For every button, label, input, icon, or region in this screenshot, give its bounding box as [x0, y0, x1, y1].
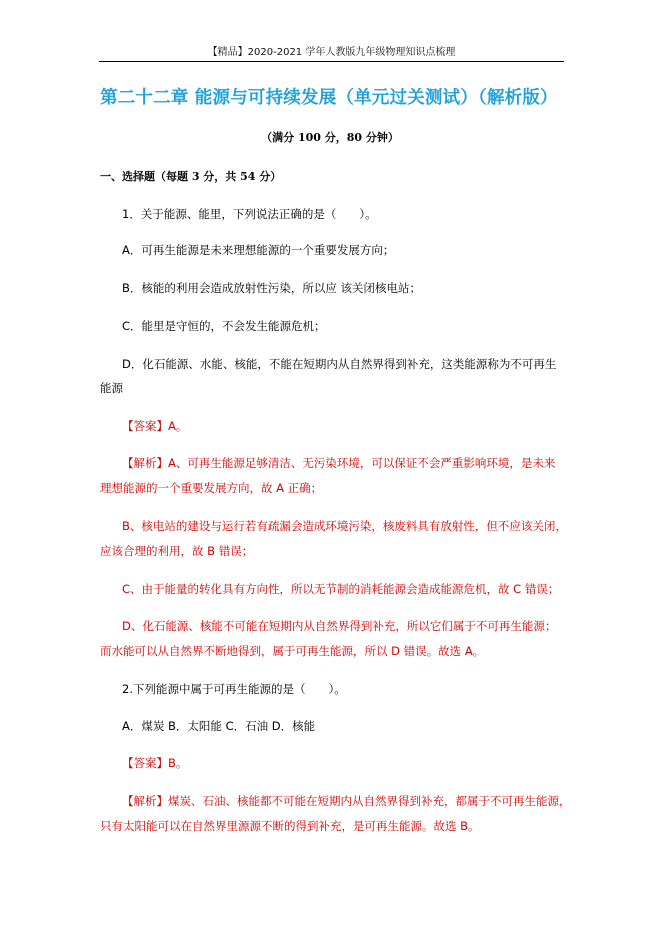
question-1-analysis-line: 【解析】A、可再生能源足够清洁、无污染环境，可以保证不会严重影响环境，是未来 — [100, 455, 588, 471]
document-page: 【精品】2020-2021 学年人教版九年级物理知识点梳理 第二十二章 能源与可… — [0, 0, 661, 935]
running-header: 【精品】2020-2021 学年人教版九年级物理知识点梳理 — [99, 46, 564, 60]
question-1-analysis-line: 而水能可以从自然界不断地得到，属于可再生能源，所以 D 错误。故选 A。 — [100, 643, 566, 659]
question-1-option-b: B．核能的利用会造成放射性污染，所以应 该关闭核电站； — [100, 280, 588, 296]
question-2-answer: 【答案】B。 — [100, 755, 588, 771]
question-1-option-a: A．可再生能源是未来理想能源的一个重要发展方向； — [100, 242, 588, 258]
chapter-title: 第二十二章 能源与可持续发展（单元过关测试）（解析版） — [100, 86, 570, 110]
question-1-analysis-line: D、化石能源、核能不可能在短期内从自然界得到补充，所以它们属于不可再生能源； — [100, 618, 588, 634]
answer-tag: 【答案】 — [122, 419, 168, 433]
section-heading: 一、选择题（每题 3 分，共 54 分） — [100, 169, 566, 185]
question-1-answer: 【答案】A。 — [100, 418, 588, 434]
analysis-tag: 【解析】 — [122, 794, 168, 808]
question-1-option-d-cont: 能源 — [100, 380, 566, 396]
question-1-option-d: D．化石能源、水能、核能，不能在短期内从自然界得到补充，这类能源称为不可再生 — [100, 356, 588, 372]
question-1-option-c: C．能里是守恒的，不会发生能源危机； — [100, 318, 588, 334]
exam-info: （满分 100 分，80 分钟） — [100, 130, 560, 146]
question-1-analysis-line: B、核电站的建设与运行若有疏漏会造成环境污染，核废料具有放射性，但不应该关闭， — [100, 518, 588, 534]
question-2-analysis-line: 【解析】煤炭、石油、核能都不可能在短期内从自然界得到补充，都属于不可再生能源， — [100, 793, 588, 809]
header-rule — [99, 61, 564, 62]
question-2-stem: 2.下列能源中属于可再生能源的是（ ）。 — [100, 681, 588, 697]
question-1-analysis-line: C、由于能量的转化具有方向性，所以无节制的消耗能源会造成能源危机，故 C 错误； — [100, 581, 588, 597]
analysis-tag: 【解析】 — [122, 456, 168, 470]
answer-value: B。 — [168, 756, 187, 770]
question-2-options: A．煤炭 B．太阳能 C．石油 D．核能 — [100, 718, 588, 734]
analysis-text: A、可再生能源足够清洁、无污染环境，可以保证不会严重影响环境，是未来 — [168, 456, 555, 470]
answer-value: A。 — [168, 419, 187, 433]
question-1-analysis-line: 理想能源的一个重要发展方向，故 A 正确； — [100, 480, 566, 496]
question-1-analysis-line: 应该合理的利用，故 B 错误； — [100, 543, 566, 559]
analysis-text: 煤炭、石油、核能都不可能在短期内从自然界得到补充，都属于不可再生能源， — [168, 794, 571, 808]
question-2-analysis-line: 只有太阳能可以在自然界里源源不断的得到补充，是可再生能源。故选 B。 — [100, 818, 566, 834]
question-1-stem: 1．关于能源、能里，下列说法正确的是（ ）。 — [100, 206, 588, 222]
answer-tag: 【答案】 — [122, 756, 168, 770]
